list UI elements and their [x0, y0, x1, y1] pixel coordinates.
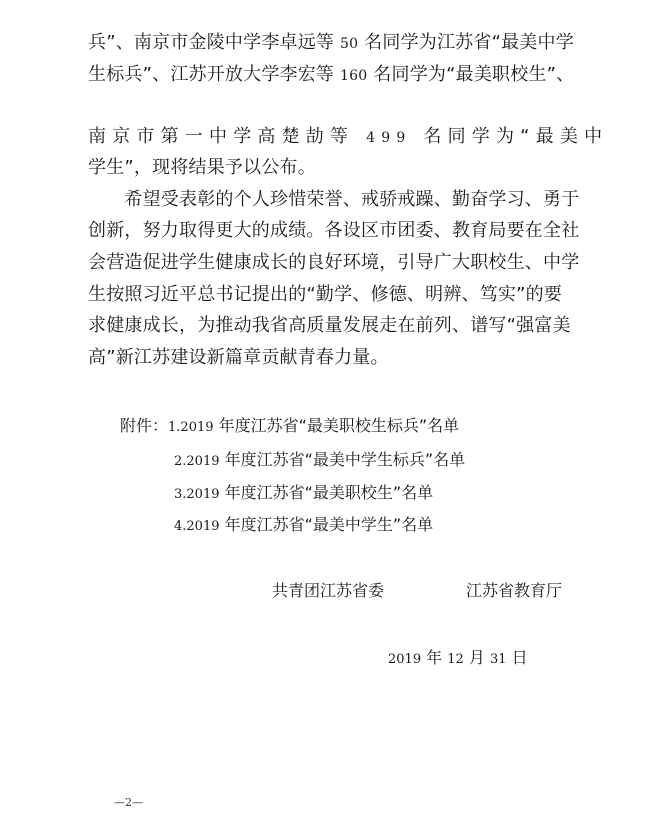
date-month: 12: [447, 652, 464, 667]
text-segment: 南京市第一中学高楚劼等: [88, 126, 366, 147]
body-line: 南京市第一中学高楚劼等 499 名同学为“最美中: [88, 125, 608, 150]
body-line: 生按照习近平总书记提出的“勤学、修德、明辨、笃实”的要: [88, 283, 562, 307]
attachment-item: 4.2019 年度江苏省“最美中学生”名单: [174, 514, 433, 538]
number: 1.2019: [168, 420, 214, 435]
attachment-text: 年度江苏省“最美中学生标兵”名单: [220, 450, 466, 469]
body-line: 学生”，现将结果予以公布。: [88, 156, 316, 180]
body-line: 高”新江苏建设新篇章贡献青春力量。: [88, 346, 389, 370]
signature-org-1: 共青团江苏省委: [272, 580, 384, 602]
attachment-item: 附件：1.2019 年度江苏省“最美职校生标兵”名单: [120, 415, 459, 439]
document-page: 兵”、南京市金陵中学李卓远等 50 名同学为江苏省“最美中学 生标兵”、江苏开放…: [0, 0, 650, 816]
number: 160: [340, 68, 367, 84]
body-line: 创新，努力取得更大的成绩。各设区市团委、教育局要在全社: [88, 219, 579, 243]
attachment-item: 2.2019 年度江苏省“最美中学生标兵”名单: [174, 449, 465, 473]
body-line: 希望受表彰的个人珍惜荣誉、戒骄戒躁、勤奋学习、勇于: [88, 188, 579, 212]
attachment-text: 年度江苏省“最美职校生标兵”名单: [214, 416, 460, 435]
signature-org-2: 江苏省教育厅: [466, 580, 562, 602]
text-segment: 兵”、南京市金陵中学李卓远等: [88, 32, 340, 53]
number: 2.2019: [174, 454, 220, 469]
text-segment: 名同学为“最美职校生”、: [367, 64, 574, 85]
body-line: 会营造促进学生健康成长的良好环境，引导广大职校生、中学: [88, 251, 579, 275]
body-line: 生标兵”、江苏开放大学李宏等 160 名同学为“最美职校生”、: [88, 63, 574, 88]
text-segment: 名同学为“最美中: [411, 126, 608, 147]
attachment-text: 年度江苏省“最美职校生”名单: [220, 483, 434, 502]
attachment-label: 附件：: [120, 416, 168, 435]
text-segment: 学生”，现将结果予以公布。: [88, 157, 316, 178]
text-segment: 名同学为江苏省“最美中学: [358, 32, 574, 53]
number: 50: [340, 36, 358, 52]
attachment-item: 3.2019 年度江苏省“最美职校生”名单: [174, 482, 433, 506]
date-year: 2019: [388, 652, 421, 667]
page-number: —2—: [114, 796, 143, 810]
text-segment: 生标兵”、江苏开放大学李宏等: [88, 64, 340, 85]
date-unit: 年: [421, 648, 447, 667]
number: 499: [366, 130, 411, 146]
date-unit: 日: [507, 648, 528, 667]
date-day: 31: [490, 652, 507, 667]
body-line: 求健康成长，为推动我省高质量发展走在前列、谱写“强富美: [88, 314, 571, 338]
attachment-text: 年度江苏省“最美中学生”名单: [220, 515, 434, 534]
number: 4.2019: [174, 519, 220, 534]
date-unit: 月: [464, 648, 490, 667]
number: 3.2019: [174, 487, 220, 502]
body-line: 兵”、南京市金陵中学李卓远等 50 名同学为江苏省“最美中学: [88, 31, 574, 56]
issue-date: 2019 年 12 月 31 日: [388, 647, 528, 671]
